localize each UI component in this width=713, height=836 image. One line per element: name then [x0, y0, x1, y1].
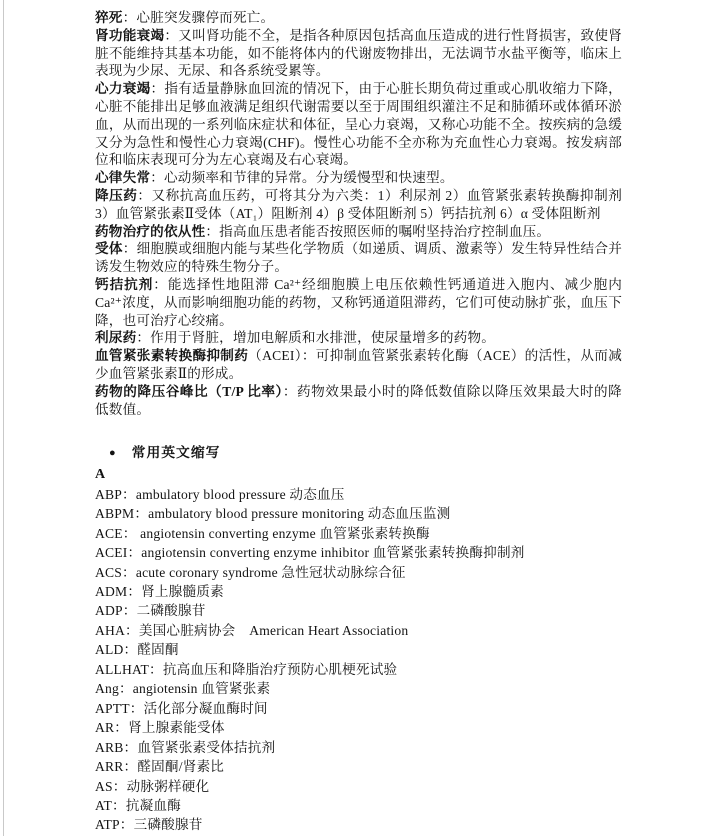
abbreviation-line: ADM：肾上腺髓质素: [95, 582, 622, 601]
abbreviation-line: ADP：二磷酸腺苷: [95, 601, 622, 620]
definition-body: ：心脏突发骤停而死亡。: [123, 10, 275, 25]
definition-paragraph: 钙拮抗剂：能选择性地阻滞 Ca²⁺经细胞膜上电压依赖性钙通道进入胞内、减少胞内 …: [95, 276, 622, 329]
abbreviation-line: AR：肾上腺素能受体: [95, 718, 622, 737]
document-content: 猝死：心脏突发骤停而死亡。 肾功能衰竭：又叫肾功能不全，是指各种原因包括高血压造…: [95, 9, 622, 835]
definition-term: 药物的降压谷峰比（T/P 比率）: [95, 384, 283, 399]
definition-paragraph: 肾功能衰竭：又叫肾功能不全，是指各种原因包括高血压造成的进行性肾损害，致使肾脏不…: [95, 27, 622, 80]
definition-paragraph: 药物的降压谷峰比（T/P 比率）：药物效果最小时的降低数值除以降压效果最大时的降…: [95, 383, 622, 419]
abbreviation-line: ABPM：ambulatory blood pressure monitorin…: [95, 504, 622, 523]
abbreviation-line: ACEI：angiotensin converting enzyme inhib…: [95, 543, 622, 562]
definition-body: ：作用于肾脏，增加电解质和水排泄，使尿量增多的药物。: [136, 330, 495, 345]
page-edge-line: [3, 0, 4, 836]
abbreviation-line: Ang：angiotensin 血管紧张素: [95, 679, 622, 698]
section-heading: ●常用英文缩写: [109, 444, 622, 462]
definition-paragraph: 受体：细胞膜或细胞内能与某些化学物质（如递质、调质、激素等）发生特异性结合并诱发…: [95, 240, 622, 276]
abbreviation-line: ALLHAT：抗高血压和降脂治疗预防心肌梗死试验: [95, 660, 622, 679]
definition-paragraph: 降压药：又称抗高血压药，可将其分为六类：1）利尿剂 2）血管紧张素转换酶抑制剂 …: [95, 187, 622, 223]
definition-paragraph: 心律失常：心动频率和节律的异常。分为缓慢型和快速型。: [95, 169, 622, 187]
letter-index: A: [95, 465, 622, 484]
definition-body: ：指高血压患者能否按照医师的嘱咐坚持治疗控制血压。: [205, 224, 550, 239]
definition-term: 肾功能衰竭: [95, 28, 164, 43]
definition-term: 猝死: [95, 10, 123, 25]
definition-term: 利尿药: [95, 330, 136, 345]
bullet-icon: ●: [109, 444, 116, 462]
document-page: 猝死：心脏突发骤停而死亡。 肾功能衰竭：又叫肾功能不全，是指各种原因包括高血压造…: [0, 0, 713, 836]
abbreviation-line: AS：动脉粥样硬化: [95, 777, 622, 796]
abbreviation-line: ARB：血管紧张素受体拮抗剂: [95, 738, 622, 757]
definition-body: ：又叫肾功能不全，是指各种原因包括高血压造成的进行性肾损害，致使肾脏不能维持其基…: [95, 28, 622, 79]
definition-term: 降压药: [95, 188, 137, 203]
definition-paragraph: 药物治疗的依从性：指高血压患者能否按照医师的嘱咐坚持治疗控制血压。: [95, 223, 622, 241]
definition-term: 心律失常: [95, 170, 150, 185]
definition-paragraph: 利尿药：作用于肾脏，增加电解质和水排泄，使尿量增多的药物。: [95, 329, 622, 347]
definition-paragraph: 血管紧张素转换酶抑制药（ACEI）：可抑制血管紧张素转化酶（ACE）的活性，从而…: [95, 347, 622, 383]
definition-body: ：能选择性地阻滞 Ca²⁺经细胞膜上电压依赖性钙通道进入胞内、减少胞内 Ca²⁺…: [95, 277, 622, 328]
definition-term: 钙拮抗剂: [95, 277, 153, 292]
definition-body: ：指有适量静脉血回流的情况下，由于心脏长期负荷过重或心肌收缩力下降，心脏不能排出…: [95, 81, 622, 167]
abbreviation-line: APTT：活化部分凝血酶时间: [95, 699, 622, 718]
abbreviation-line: ACS：acute coronary syndrome 急性冠状动脉综合征: [95, 563, 622, 582]
definition-paragraph: 心力衰竭：指有适量静脉血回流的情况下，由于心脏长期负荷过重或心肌收缩力下降，心脏…: [95, 80, 622, 169]
definition-body: ：又称抗高血压药，可将其分为六类：1）利尿剂 2）血管紧张素转换酶抑制剂 3）血…: [95, 188, 622, 221]
definition-term: 药物治疗的依从性: [95, 224, 205, 239]
abbreviation-line: AHA：美国心脏病协会 American Heart Association: [95, 621, 622, 640]
definition-term: 受体: [95, 241, 123, 256]
definition-body: ：心动频率和节律的异常。分为缓慢型和快速型。: [150, 170, 453, 185]
definition-term: 血管紧张素转换酶抑制药: [95, 348, 248, 363]
abbreviation-line: ACE： angiotensin converting enzyme 血管紧张素…: [95, 524, 622, 543]
definition-body: ：细胞膜或细胞内能与某些化学物质（如递质、调质、激素等）发生特异性结合并诱发生物…: [95, 241, 622, 274]
definition-paragraph: 猝死：心脏突发骤停而死亡。: [95, 9, 622, 27]
definition-term: 心力衰竭: [95, 81, 150, 96]
abbreviation-line: ALD：醛固酮: [95, 640, 622, 659]
abbreviation-line: AT：抗凝血酶: [95, 796, 622, 815]
section-heading-title: 常用英文缩写: [132, 445, 221, 460]
abbreviation-line: ABP：ambulatory blood pressure 动态血压: [95, 485, 622, 504]
abbreviation-line: ARR：醛固酮/肾素比: [95, 757, 622, 776]
abbreviation-line: ATP：三磷酸腺苷: [95, 815, 622, 834]
